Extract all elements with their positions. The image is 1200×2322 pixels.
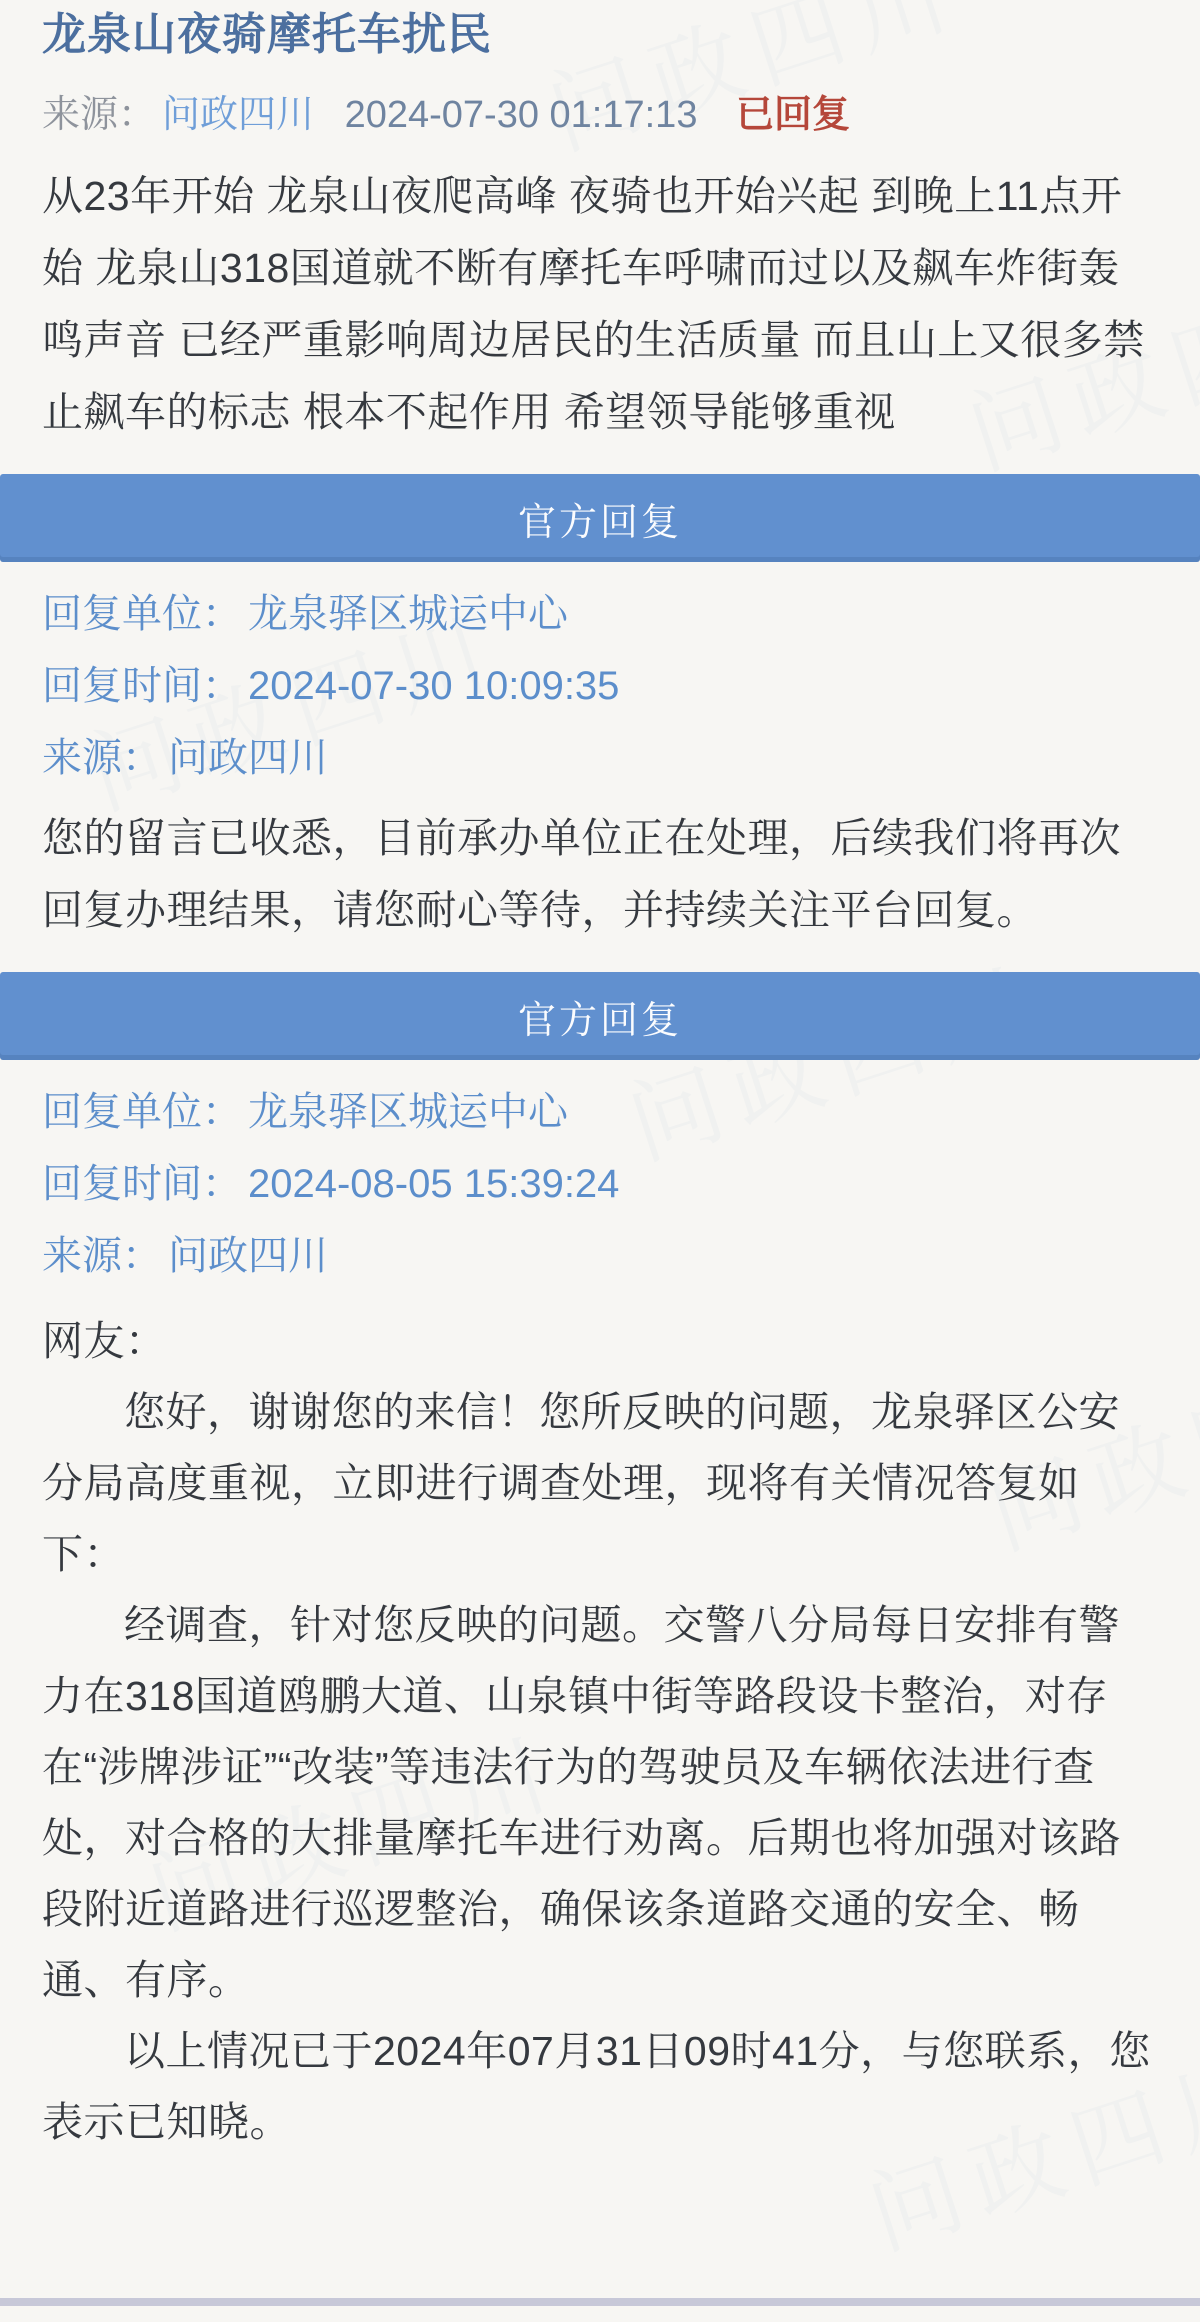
replied-status-badge: 已回复	[736, 94, 850, 136]
reply-time-value: 2024-07-30 10:09:35	[248, 664, 619, 708]
source-label: 来源：	[42, 94, 156, 136]
post-timestamp: 2024-07-30 01:17:13	[345, 94, 698, 136]
reply-time-label: 回复时间：	[42, 1162, 242, 1206]
reply-source-label: 来源：	[42, 1234, 162, 1278]
reply-time-value: 2024-08-05 15:39:24	[248, 1162, 619, 1206]
reply-source-value: 问政四川	[168, 1234, 328, 1278]
reply-unit-value: 龙泉驿区城运中心	[248, 592, 568, 636]
source-link[interactable]: 问政四川	[162, 94, 314, 136]
question-body: 从23年开始 龙泉山夜爬高峰 夜骑也开始兴起 到晚上11点开始 龙泉山318国道…	[42, 160, 1158, 448]
reply-unit-row: 回复单位：龙泉驿区城运中心	[42, 578, 1158, 650]
reply-2-paragraph: 以上情况已于2024年07月31日09时41分，与您联系，您表示已知晓。	[42, 2016, 1158, 2158]
reply-2-paragraph: 您好，谢谢您的来信！您所反映的问题，龙泉驿区公安分局高度重视，立即进行调查处理，…	[42, 1377, 1158, 1590]
reply-unit-label: 回复单位：	[42, 1090, 242, 1134]
page-title: 龙泉山夜骑摩托车扰民	[42, 6, 1158, 64]
official-reply-banner-1: 官方回复	[0, 474, 1200, 562]
reply-2-body: 网友： 您好，谢谢您的来信！您所反映的问题，龙泉驿区公安分局高度重视，立即进行调…	[42, 1306, 1158, 2158]
section-divider	[0, 2298, 1200, 2306]
official-reply-banner-2: 官方回复	[0, 972, 1200, 1060]
reply-unit-row: 回复单位：龙泉驿区城运中心	[42, 1076, 1158, 1148]
reply-2-salutation: 网友：	[42, 1306, 1158, 1377]
reply-source-value: 问政四川	[168, 736, 328, 780]
reply-source-label: 来源：	[42, 736, 162, 780]
reply-2-paragraph: 经调查，针对您反映的问题。交警八分局每日安排有警力在318国道鸥鹏大道、山泉镇中…	[42, 1590, 1158, 2016]
reply-1-fields: 回复单位：龙泉驿区城运中心 回复时间：2024-07-30 10:09:35 来…	[42, 578, 1158, 794]
reply-section-2: 回复单位：龙泉驿区城运中心 回复时间：2024-08-05 15:39:24 来…	[0, 1076, 1200, 2158]
reply-time-row: 回复时间：2024-08-05 15:39:24	[42, 1148, 1158, 1220]
post-section: 龙泉山夜骑摩托车扰民 来源：问政四川 2024-07-30 01:17:13 已…	[0, 6, 1200, 448]
reply-unit-value: 龙泉驿区城运中心	[248, 1090, 568, 1134]
reply-source-row: 来源：问政四川	[42, 1220, 1158, 1292]
reply-unit-label: 回复单位：	[42, 592, 242, 636]
reply-1-paragraph: 您的留言已收悉，目前承办单位正在处理，后续我们将再次回复办理结果，请您耐心等待，…	[42, 802, 1158, 946]
reply-section-1: 回复单位：龙泉驿区城运中心 回复时间：2024-07-30 10:09:35 来…	[0, 578, 1200, 946]
petition-detail-page: 问政四川 问政四川 问政四川 问政四川 问政四川 问政四川 问政四川 龙泉山夜骑…	[0, 0, 1200, 2322]
reply-time-row: 回复时间：2024-07-30 10:09:35	[42, 650, 1158, 722]
reply-source-row: 来源：问政四川	[42, 722, 1158, 794]
reply-time-label: 回复时间：	[42, 664, 242, 708]
official-reply-banner-title: 官方回复	[518, 989, 682, 1044]
post-meta-row: 来源：问政四川 2024-07-30 01:17:13 已回复	[42, 90, 1158, 140]
reply-2-fields: 回复单位：龙泉驿区城运中心 回复时间：2024-08-05 15:39:24 来…	[42, 1076, 1158, 1292]
official-reply-banner-title: 官方回复	[518, 491, 682, 546]
